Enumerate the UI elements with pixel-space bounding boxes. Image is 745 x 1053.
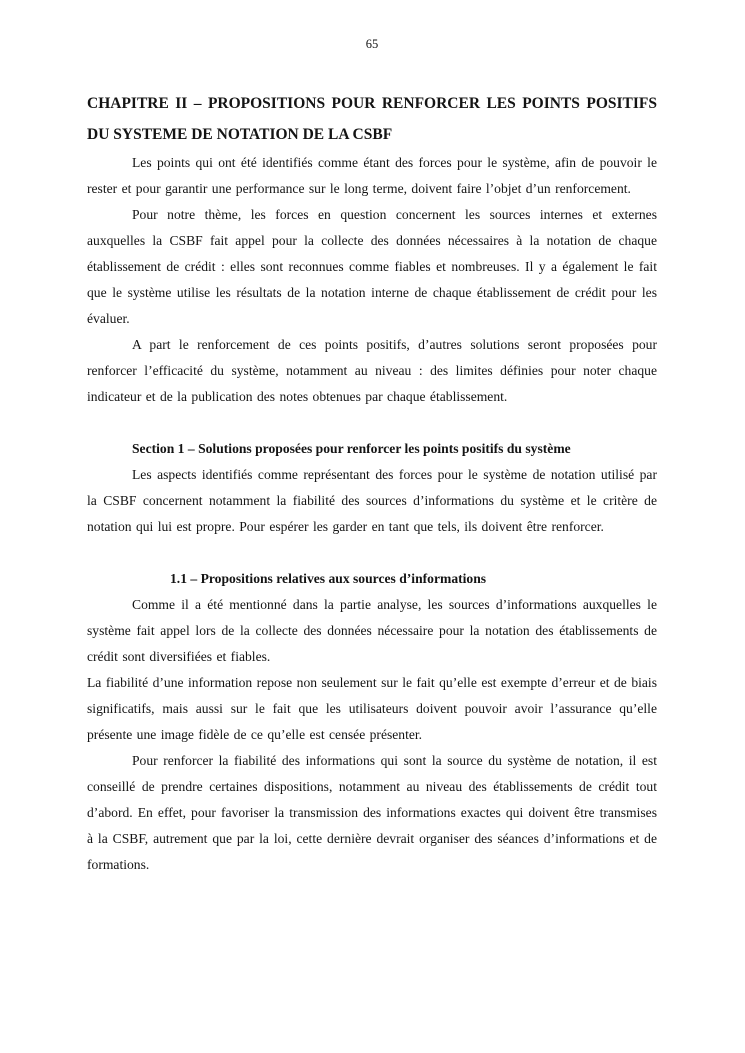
page-number: 65 bbox=[87, 36, 657, 52]
intro-paragraph-3: A part le renforcement de ces points pos… bbox=[87, 332, 657, 410]
intro-paragraph-1: Les points qui ont été identifiés comme … bbox=[87, 150, 657, 202]
chapter-title: CHAPITRE II – PROPOSITIONS POUR RENFORCE… bbox=[87, 88, 657, 150]
subsection-1-1-paragraph-3: Pour renforcer la fiabilité des informat… bbox=[87, 748, 657, 878]
section-1-heading: Section 1 – Solutions proposées pour ren… bbox=[132, 436, 657, 462]
subsection-1-1-heading: 1.1 – Propositions relatives aux sources… bbox=[170, 566, 657, 592]
intro-paragraph-2: Pour notre thème, les forces en question… bbox=[87, 202, 657, 332]
subsection-1-1-paragraph-2: La fiabilité d’une information repose no… bbox=[87, 670, 657, 748]
document-page: 65 CHAPITRE II – PROPOSITIONS POUR RENFO… bbox=[0, 0, 745, 1053]
document-body: Les points qui ont été identifiés comme … bbox=[87, 150, 657, 878]
section-1-paragraph: Les aspects identifiés comme représentan… bbox=[87, 462, 657, 540]
subsection-1-1-paragraph-1: Comme il a été mentionné dans la partie … bbox=[87, 592, 657, 670]
